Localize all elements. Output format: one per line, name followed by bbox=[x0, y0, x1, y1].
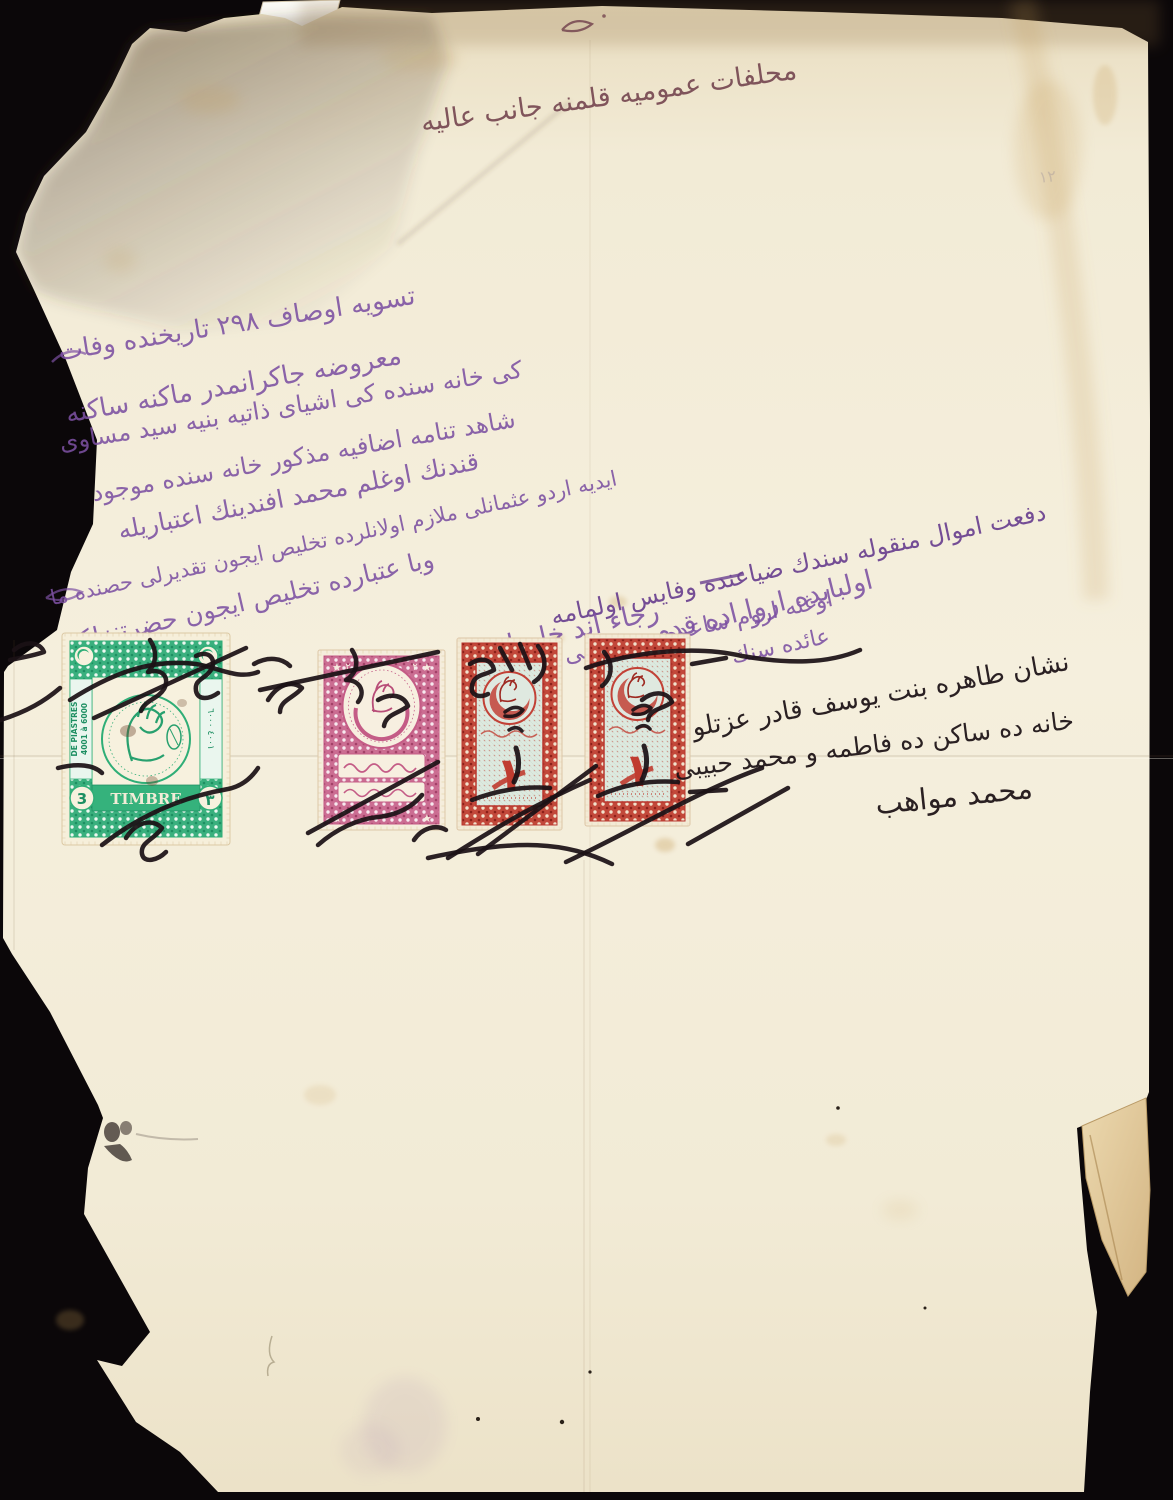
stamp-corner-ornament bbox=[74, 646, 94, 666]
svg-text:★: ★ bbox=[422, 661, 432, 674]
header-flourish-dot bbox=[602, 14, 606, 18]
pencil-note: ١٢ bbox=[1038, 166, 1057, 187]
stamp-side-label: DE PIASTRES bbox=[70, 702, 79, 757]
scanned-document: محلفات عموميه قلمنه جانب عاليه ١٢ تسويه … bbox=[0, 0, 1173, 1500]
stamp-corner-numeral: ٢ bbox=[412, 662, 417, 673]
stamp-value-numeral: 3 bbox=[77, 790, 87, 808]
stamp-side-label-arabic: ٤٠٠١ ٦٠٠٠ bbox=[205, 708, 215, 750]
document-scan-canvas: محلفات عموميه قلمنه جانب عاليه ١٢ تسويه … bbox=[0, 0, 1173, 1500]
stamp-side-label: 4001 à 6000 bbox=[80, 703, 89, 755]
revenue-stamp-pink: ★★ ★★ ٢ ٢ bbox=[318, 650, 445, 830]
scan-bottom-strip bbox=[0, 1492, 1173, 1500]
